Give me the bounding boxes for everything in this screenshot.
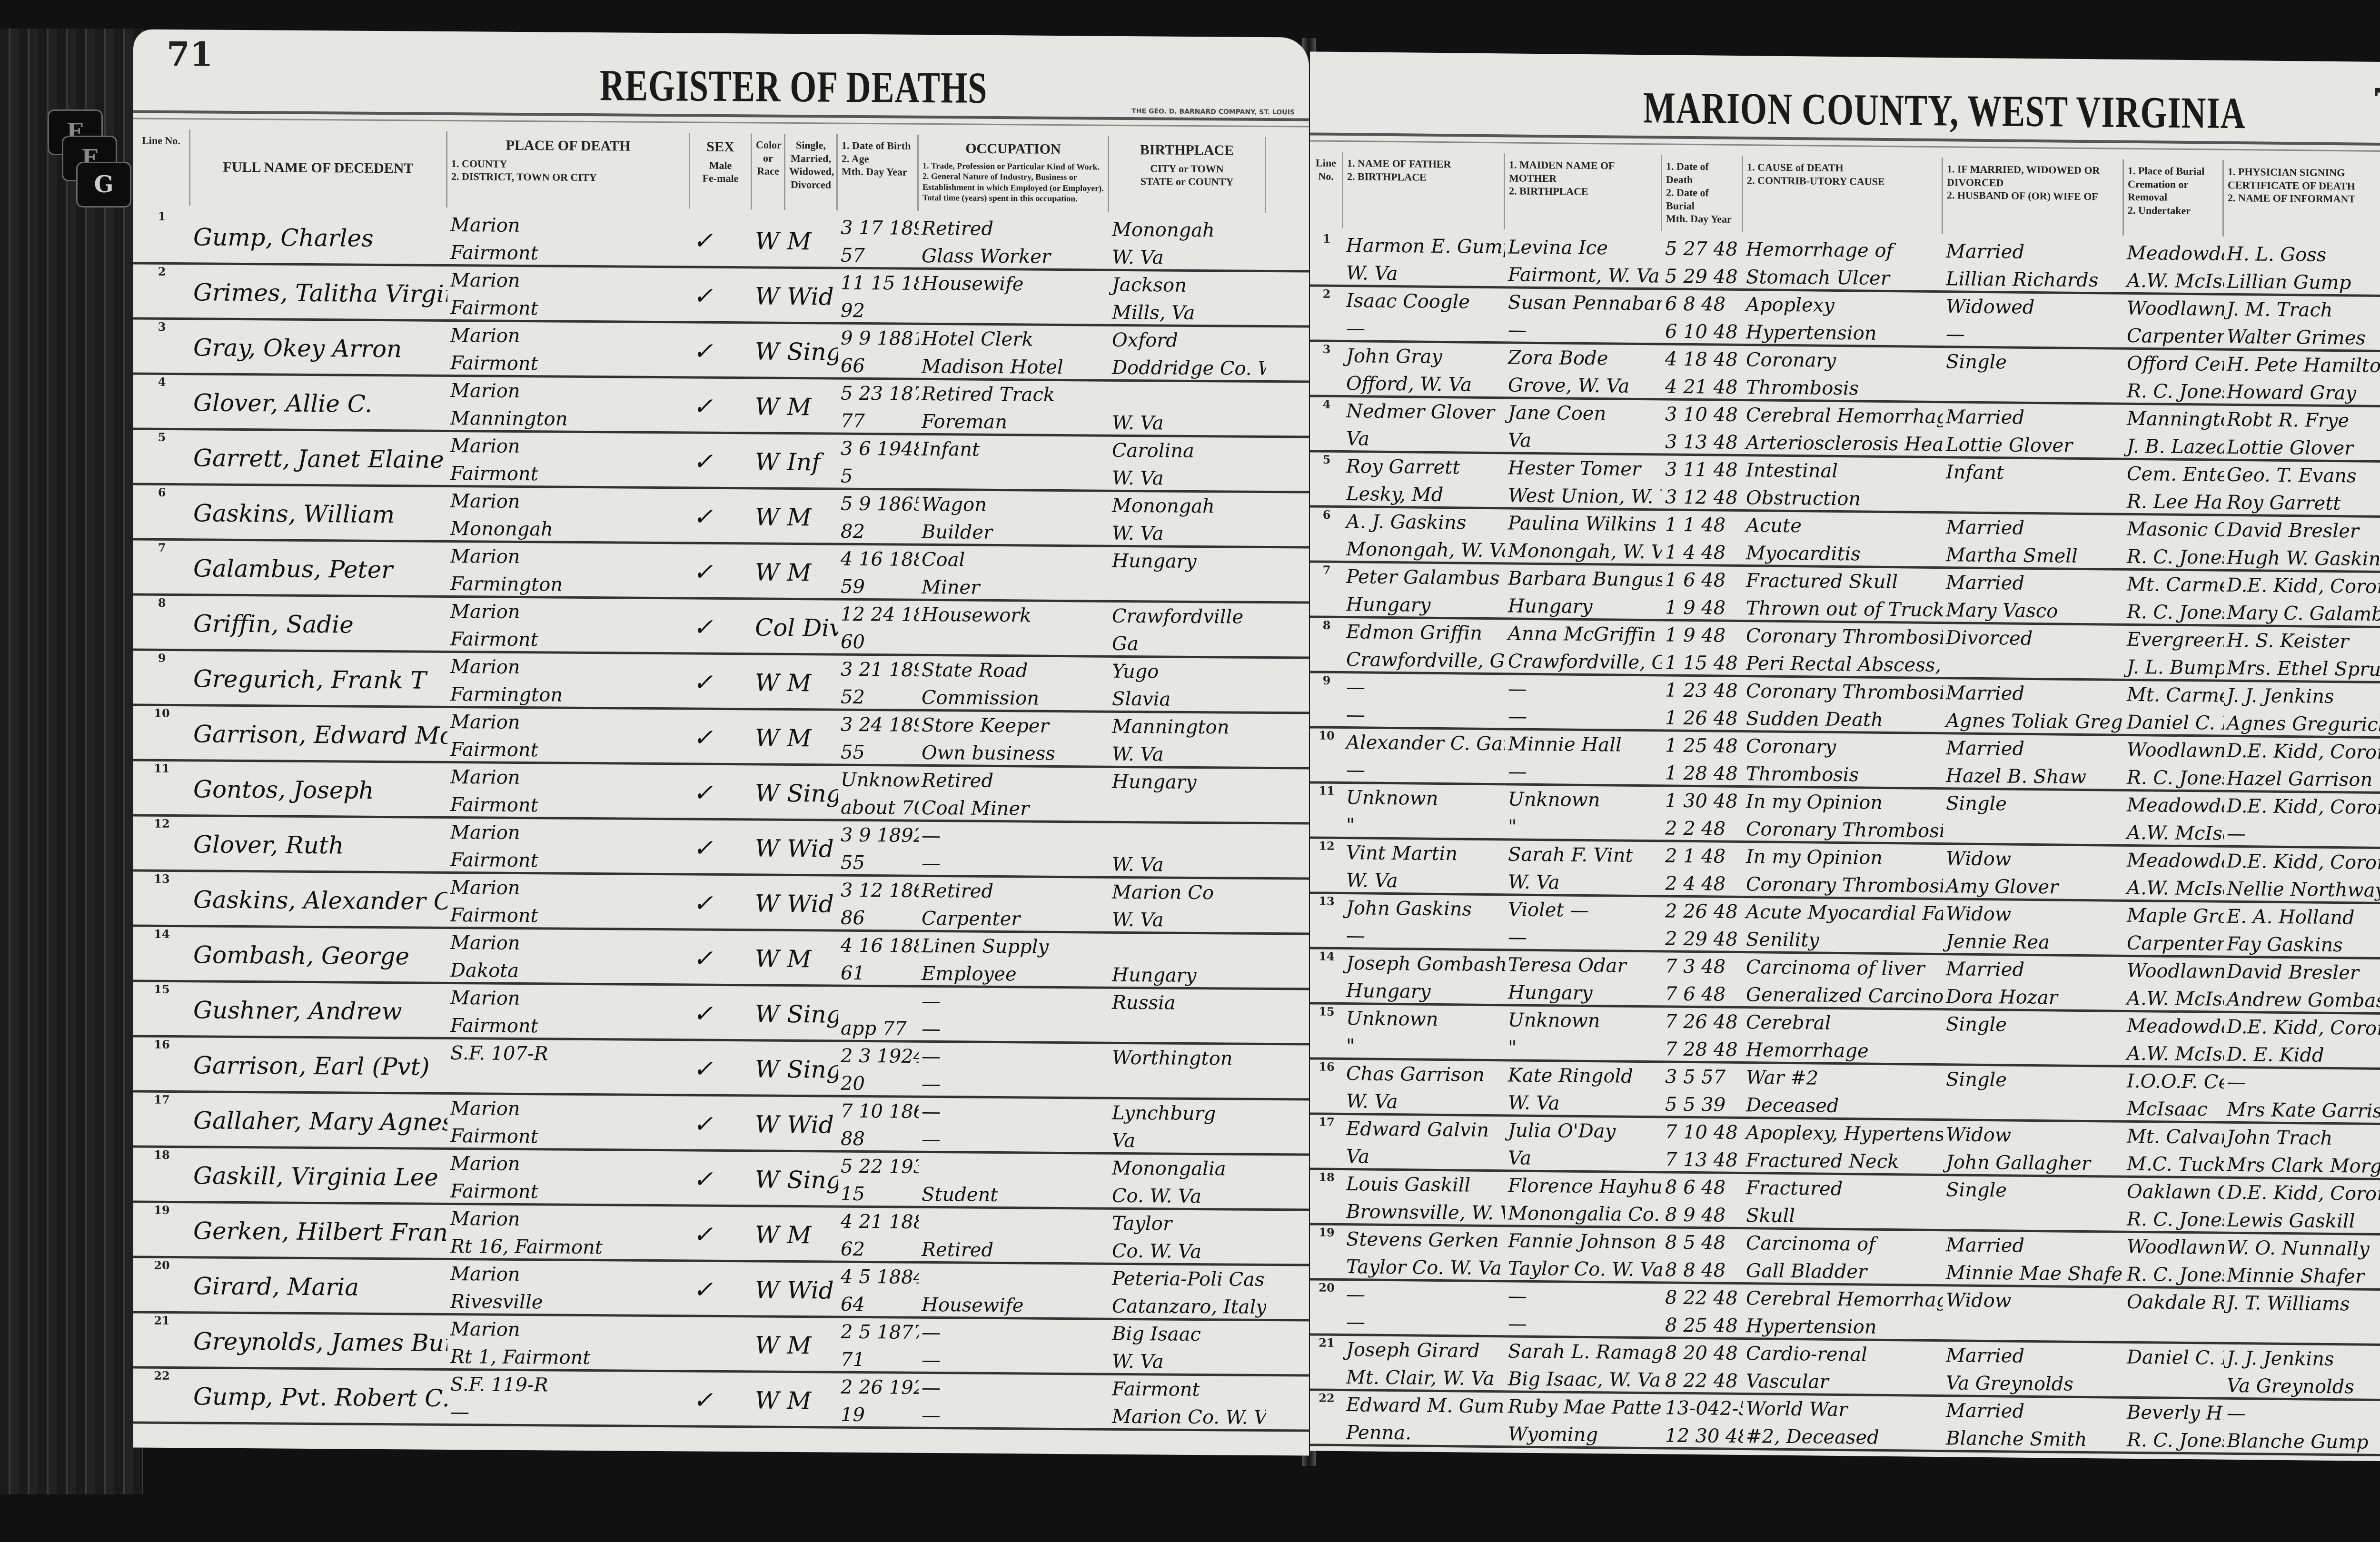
occupation-industry: Builder xyxy=(919,518,1109,547)
birthplace-city: Crawfordville xyxy=(1109,603,1266,631)
age: 5 xyxy=(838,463,919,491)
age: 92 xyxy=(838,297,919,325)
age: 77 xyxy=(838,407,919,435)
date-of-burial: 8 9 48 xyxy=(1662,1201,1743,1229)
marital-status: Married xyxy=(1943,514,2124,543)
birthplace-city: Marion Co xyxy=(1109,879,1266,907)
register-row: 5Garrett, Janet Elaine✓W InfMarion3 6 19… xyxy=(133,430,1309,493)
burial-place: Meadowdale xyxy=(2124,847,2224,875)
mother-maiden-name: — xyxy=(1505,675,1662,704)
occupation-industry: Retired xyxy=(919,1236,1109,1265)
marital-status: Married xyxy=(1943,237,2124,267)
contributory-cause: Vascular xyxy=(1743,1367,1943,1397)
birth-date: 2 3 1924 xyxy=(838,1042,919,1070)
date-of-death: 1 25 48 xyxy=(1662,731,1743,760)
county: Marion xyxy=(447,487,690,517)
birthplace-city: Russia xyxy=(1109,989,1266,1018)
cause-of-death: Cerebral Hemorrhage, Arteriosclerosis xyxy=(1743,401,1943,431)
physician: W. O. Nunnally xyxy=(2224,1234,2380,1263)
age: 64 xyxy=(838,1291,919,1319)
father-birthplace: W. Va xyxy=(1343,1087,1505,1117)
occupation-trade: — xyxy=(919,1098,1109,1127)
father-name: Edward Galvin xyxy=(1343,1115,1505,1144)
cause-of-death: World War xyxy=(1743,1395,1943,1424)
physician: D.E. Kidd, Coroner xyxy=(2224,572,2380,601)
birth-date: 4 16 1888 xyxy=(838,545,919,573)
spouse-name xyxy=(1943,376,2124,405)
contributory-cause: Fractured Neck xyxy=(1743,1147,1943,1176)
birthplace-state: Doddridge Co. W. Va xyxy=(1109,354,1266,383)
birth-date: 3 17 1891 xyxy=(838,214,919,242)
mother-maiden-name: Ruby Mae Patterson xyxy=(1505,1393,1662,1422)
marital-status: Married xyxy=(1943,569,2124,598)
county: Marion xyxy=(447,1095,690,1124)
undertaker: M.C. Tucker xyxy=(2124,1150,2224,1179)
spouse-name: Hazel B. Shaw xyxy=(1943,762,2124,791)
undertaker: R. C. Jones xyxy=(2124,1261,2224,1289)
birth-date: 5 22 1933 xyxy=(838,1153,919,1181)
birth-date: 4 16 1887 xyxy=(838,932,919,960)
register-row: 13Gaskins, Alexander Campbell✓W WidMario… xyxy=(133,871,1309,935)
birthplace-state xyxy=(1109,1072,1266,1100)
date-of-death: 7 26 48 xyxy=(1662,1008,1743,1036)
father-birthplace: Va xyxy=(1343,1143,1505,1172)
occupation-trade: — xyxy=(919,988,1109,1017)
age: 19 xyxy=(838,1401,919,1429)
mother-maiden-name: Unknown xyxy=(1505,785,1662,814)
father-birthplace: Hungary xyxy=(1343,977,1505,1006)
date-of-burial: 7 28 48 xyxy=(1662,1035,1743,1064)
burial-place: Meadowdale xyxy=(2124,239,2224,268)
informant: Mrs Clark Morgan xyxy=(2224,1151,2380,1180)
father-name: Joseph Gombash xyxy=(1343,949,1505,979)
mother-maiden-name: Hester Tomer xyxy=(1505,454,1662,483)
occupation-trade: Retired xyxy=(919,767,1109,796)
informant: Lillian Gump xyxy=(2224,268,2380,297)
occupation-trade: — xyxy=(919,822,1109,851)
town: Fairmont xyxy=(447,625,690,655)
col-marital: Single, Married, Widowed, Divorced xyxy=(785,134,838,210)
occupation-trade: Store Keeper xyxy=(919,712,1109,741)
informant: Mrs. Ethel Spruce xyxy=(2224,654,2380,683)
father-birthplace: Offord, W. Va xyxy=(1343,370,1505,399)
informant: Lottie Glover xyxy=(2224,434,2380,463)
marital-status: Single xyxy=(1943,790,2124,819)
date-of-burial: 2 29 48 xyxy=(1662,925,1743,953)
date-of-death: 1 1 48 xyxy=(1662,511,1743,539)
occupation-industry: — xyxy=(919,1126,1109,1155)
birth-date: 3 21 1896 xyxy=(838,656,919,684)
register-row: 16Garrison, Earl (Pvt)✓W SingS.F. 107-R2… xyxy=(133,1037,1309,1100)
col-mother: 1. MAIDEN NAME OF MOTHER 2. BIRTHPLACE xyxy=(1505,153,1662,231)
cause-of-death: Apoplexy xyxy=(1743,291,1943,320)
town: Rt 16, Fairmont xyxy=(447,1233,690,1262)
mother-maiden-name: Minnie Hall xyxy=(1505,730,1662,759)
father-birthplace: Lesky, Md xyxy=(1343,480,1505,509)
left-rows: 1Gump, Charles✓W MMarion3 17 1891Retired… xyxy=(133,209,1309,1432)
birthplace-state xyxy=(1109,1017,1266,1045)
occupation-trade: Coal xyxy=(919,546,1109,575)
age: 60 xyxy=(838,628,919,656)
town: Fairmont xyxy=(447,1122,690,1152)
birthplace-state: W. Va xyxy=(1109,906,1266,935)
occupation-trade: Housework xyxy=(919,601,1109,630)
occupation-trade: Housewife xyxy=(919,270,1109,299)
physician: David Bresler xyxy=(2224,958,2380,987)
date-of-death: 2 26 48 xyxy=(1662,897,1743,926)
informant: Howard Gray xyxy=(2224,378,2380,407)
mother-maiden-name: Jane Coen xyxy=(1505,399,1662,428)
burial-place: Meadowdale xyxy=(2124,1012,2224,1041)
register-row: 7Galambus, Peter✓W MMarion4 16 1888CoalH… xyxy=(133,540,1309,603)
marital-status: Widow xyxy=(1943,845,2124,874)
mother-birthplace: — xyxy=(1505,316,1662,345)
birth-date: 2 26 1926 xyxy=(838,1374,919,1402)
undertaker: R. Lee Harr xyxy=(2124,488,2224,516)
birthplace-city: Hungary xyxy=(1109,547,1266,576)
age: 59 xyxy=(838,573,919,601)
undertaker: Carpenter & Ford xyxy=(2124,929,2224,958)
mother-maiden-name: Sarah F. Vint xyxy=(1505,840,1662,870)
undertaker: A.W. McIsaac xyxy=(2124,874,2224,903)
marital-status: Widowed xyxy=(1943,293,2124,322)
town: Rt 1, Fairmont xyxy=(447,1343,690,1373)
burial-place: Daniel C. Ross Wolf Cem. near Quiet Dell… xyxy=(2124,1344,2224,1372)
undertaker: Daniel C. Ross xyxy=(2124,709,2224,737)
contributory-cause: Arteriosclerosis Heart Disease xyxy=(1743,429,1943,458)
register-row: 15Gushner, Andrew✓W SingMarion—RussiaFai… xyxy=(133,982,1309,1045)
marital-status: Single xyxy=(1943,348,2124,377)
burial-place: Maple Grove xyxy=(2124,902,2224,930)
occupation-industry xyxy=(919,463,1109,492)
marital-status: Single xyxy=(1943,1010,2124,1040)
cause-of-death: Coronary xyxy=(1743,732,1943,762)
birthplace-state: Co. W. Va xyxy=(1109,1182,1266,1211)
date-of-burial: 7 13 48 xyxy=(1662,1146,1743,1174)
occupation-industry: — xyxy=(919,1346,1109,1375)
occupation-industry: Miner xyxy=(919,573,1109,603)
index-tab-g[interactable]: G xyxy=(76,162,131,208)
date-of-death: 7 10 48 xyxy=(1662,1118,1743,1147)
col-burial: 1. Place of Burial Cremation or Removal … xyxy=(2124,159,2224,237)
burial-place: Mt. Calvary xyxy=(2124,1123,2224,1151)
birth-date: 3 24 1893 xyxy=(838,711,919,739)
col-color: Color or Race xyxy=(752,133,785,209)
informant xyxy=(2224,1317,2380,1346)
birth-date: 3 6 1948 xyxy=(838,435,919,463)
contributory-cause: Senility xyxy=(1743,926,1943,955)
burial-place: Mannington Cem. xyxy=(2124,405,2224,434)
town: Monongah xyxy=(447,515,690,544)
physician: D.E. Kidd, Coroner xyxy=(2224,737,2380,766)
county: Marion xyxy=(447,708,690,738)
date-of-death: 8 6 48 xyxy=(1662,1173,1743,1202)
father-name: Unknown xyxy=(1343,1005,1505,1034)
occupation-industry: Commission xyxy=(919,684,1109,713)
father-birthplace: Monongah, W. Va xyxy=(1343,535,1505,564)
informant: Mrs Kate Garrison xyxy=(2224,1096,2380,1125)
marital-status: Married xyxy=(1943,1397,2124,1426)
marital-status: Divorced xyxy=(1943,624,2124,653)
spouse-name xyxy=(1943,1038,2124,1068)
register-row: 8Griffin, Sadie✓Col DivMarion12 24 1887H… xyxy=(133,595,1309,659)
burial-place: Cem. Enterprise, W. Va xyxy=(2124,460,2224,489)
birthplace-state: Va xyxy=(1109,1127,1266,1156)
occupation-industry: Employee xyxy=(919,960,1109,989)
mother-maiden-name: Florence Hayhurst xyxy=(1505,1172,1662,1201)
age: about 70 xyxy=(838,794,919,822)
town: Fairmont xyxy=(447,460,690,489)
birthplace-state: Co. W. Va xyxy=(1109,1237,1266,1266)
date-of-death: 3 11 48 xyxy=(1662,455,1743,484)
birthplace-city: Big Isaac xyxy=(1109,1320,1266,1349)
col-birthplace: BIRTHPLACE CITY or TOWN STATE or COUNTY xyxy=(1109,136,1266,213)
occupation-trade: — xyxy=(919,1043,1109,1072)
mother-birthplace: Va xyxy=(1505,1144,1662,1173)
burial-place: Oaklawn Cem. xyxy=(2124,1178,2224,1206)
spouse-name: Jennie Rea xyxy=(1943,928,2124,957)
cause-of-death: Cerebral xyxy=(1743,1008,1943,1038)
burial-place: Mt. Carmel xyxy=(2124,571,2224,599)
marital-status: Single xyxy=(1943,1066,2124,1095)
county: Marion xyxy=(447,819,690,848)
occupation-industry: Student xyxy=(919,1181,1109,1210)
spouse-name: — xyxy=(1943,320,2124,350)
undertaker: R. C. Jones xyxy=(2124,543,2224,572)
register-row: 3Gray, Okey Arron✓W SingMarion9 9 1881Ho… xyxy=(133,319,1309,383)
date-of-burial: 2 4 48 xyxy=(1662,870,1743,898)
occupation-trade: — xyxy=(919,1374,1109,1403)
burial-place: Woodlawn xyxy=(2124,295,2224,323)
register-row: 20Girard, Maria✓W WidMarion4 5 1884Peter… xyxy=(133,1258,1309,1321)
county: Marion xyxy=(447,874,690,903)
occupation-industry: Coal Miner xyxy=(919,794,1109,823)
mother-birthplace: Fairmont, W. Va xyxy=(1505,261,1662,290)
informant: Fay Gaskins xyxy=(2224,930,2380,959)
burial-place: I.O.O.F. Cem. Enterprise xyxy=(2124,1068,2224,1096)
marital-status: Married xyxy=(1943,955,2124,985)
spouse-name: Dora Hozar xyxy=(1943,983,2124,1012)
date-of-burial: 1 15 48 xyxy=(1662,649,1743,677)
date-of-death: 13-042-582 xyxy=(1662,1394,1743,1423)
father-birthplace: Mt. Clair, W. Va xyxy=(1343,1364,1505,1393)
town: Farmington xyxy=(447,570,690,600)
county: Marion xyxy=(447,653,690,682)
occupation-industry: — xyxy=(919,1015,1109,1044)
mother-birthplace: Monongalia Co. W. Va xyxy=(1505,1199,1662,1228)
undertaker: A.W. McIsaac xyxy=(2124,819,2224,848)
date-of-burial: 1 9 48 xyxy=(1662,593,1743,622)
marital-status: Married xyxy=(1943,1231,2124,1261)
spouse-name: Lillian Richards xyxy=(1943,265,2124,295)
occupation-industry xyxy=(919,297,1109,326)
birthplace-city: Carolina xyxy=(1109,437,1266,465)
birthplace-state: W. Va xyxy=(1109,851,1266,880)
birth-date: 12 24 1887 xyxy=(838,601,919,629)
contributory-cause: Coronary Thrombosis xyxy=(1743,815,1943,845)
informant: Roy Garrett xyxy=(2224,489,2380,518)
spouse-name xyxy=(1943,1093,2124,1123)
mother-maiden-name: Paulina Wilkins xyxy=(1505,509,1662,538)
burial-place: Woodlawn xyxy=(2124,1233,2224,1262)
father-name: A. J. Gaskins xyxy=(1343,508,1505,537)
occupation-industry: Glass Worker xyxy=(919,242,1109,271)
occupation-industry: — xyxy=(919,1070,1109,1099)
burial-place: Evergreen xyxy=(2124,626,2224,654)
county: Marion xyxy=(447,322,690,351)
date-of-death: 8 20 48 xyxy=(1662,1339,1743,1367)
father-name: Joseph Girard xyxy=(1343,1336,1505,1365)
birthplace-city: Yugo xyxy=(1109,658,1266,686)
register-row: 19Gerken, Hilbert Franklin✓W MMarion4 21… xyxy=(133,1203,1309,1266)
burial-place: Woodlawn xyxy=(2124,957,2224,986)
birthplace-city: Worthington xyxy=(1109,1044,1266,1073)
county: Marion xyxy=(447,1315,690,1345)
informant: Blanche Gump xyxy=(2224,1427,2380,1456)
contributory-cause: #2, Deceased xyxy=(1743,1423,1943,1452)
page-number: 71 xyxy=(167,34,213,74)
spouse-name: Minnie Mae Shafer xyxy=(1943,1259,2124,1288)
undertaker: R. C. Jones xyxy=(2124,1206,2224,1234)
mother-birthplace: Big Isaac, W. Va xyxy=(1505,1365,1662,1394)
father-birthplace: Brownsville, W. Va xyxy=(1343,1198,1505,1227)
age: 86 xyxy=(838,904,919,932)
spouse-name xyxy=(1943,1314,2124,1344)
birthplace-state: W. Va xyxy=(1109,520,1266,548)
town: Fairmont xyxy=(447,1177,690,1207)
occupation-trade: — xyxy=(919,1319,1109,1348)
spouse-name: Blanche Smith xyxy=(1943,1424,2124,1454)
date-of-death: 4 18 48 xyxy=(1662,345,1743,374)
mother-maiden-name: Anna McGriffin xyxy=(1505,620,1662,649)
col-death-burial: 1. Date of Death 2. Date of Burial Mth. … xyxy=(1662,155,1743,232)
birth-date: 4 21 1886 xyxy=(838,1208,919,1236)
undertaker: J. L. Bumpkin xyxy=(2124,653,2224,682)
age: 55 xyxy=(838,739,919,767)
father-name: — xyxy=(1343,673,1505,702)
burial-place: Oakdale Riverville xyxy=(2124,1288,2224,1317)
mother-maiden-name: Kate Ringold xyxy=(1505,1061,1662,1090)
printer-mark: THE GEO. D. BARNARD COMPANY, ST. LOUIS xyxy=(1131,108,1295,116)
cause-of-death: Apoplexy, Hypertension, Heart disease xyxy=(1743,1119,1943,1148)
col-birth-age: 1. Date of Birth 2. Age Mth. Day Year xyxy=(838,134,919,211)
town: Dakota xyxy=(447,957,690,986)
date-of-burial: 12 30 48 xyxy=(1662,1422,1743,1450)
date-of-burial: 3 13 48 xyxy=(1662,428,1743,456)
contributory-cause: Coronary Thrombosis xyxy=(1743,870,1943,900)
age: 61 xyxy=(838,959,919,988)
contributory-cause: Hemorrhage xyxy=(1743,1036,1943,1066)
birthplace-city xyxy=(1109,382,1266,410)
occupation-industry: Foreman xyxy=(919,408,1109,437)
father-birthplace: Taylor Co. W. Va xyxy=(1343,1253,1505,1282)
town xyxy=(447,1067,690,1097)
father-birthplace: Va xyxy=(1343,425,1505,454)
informant: Lewis Gaskill xyxy=(2224,1206,2380,1236)
occupation-trade xyxy=(919,1264,1109,1293)
father-name: John Gaskins xyxy=(1343,894,1505,923)
spouse-name: Martha Smell xyxy=(1943,541,2124,571)
town: — xyxy=(447,1398,690,1428)
informant: Va Greynolds xyxy=(2224,1372,2380,1401)
mother-maiden-name: Barbara Bungus xyxy=(1505,564,1662,593)
mother-birthplace: — xyxy=(1505,702,1662,731)
occupation-trade xyxy=(919,1208,1109,1237)
date-of-death: 5 27 48 xyxy=(1662,235,1743,263)
physician: J. J. Jenkins xyxy=(2224,1344,2380,1374)
register-row-right: 22Edward M. GumpRuby Mae Patterson13-042… xyxy=(1310,1391,2380,1457)
birthplace-city xyxy=(1109,823,1266,852)
occupation-industry: Own business xyxy=(919,739,1109,768)
town: Farmington xyxy=(447,681,690,710)
register-row: 11Gontos, Joseph✓W SingMarionUnknownReti… xyxy=(133,761,1309,824)
county: Marion xyxy=(447,543,690,572)
undertaker xyxy=(2124,1371,2224,1400)
age: 62 xyxy=(838,1236,919,1264)
occupation-industry: — xyxy=(919,1402,1109,1431)
informant: Hazel Garrison xyxy=(2224,765,2380,794)
physician: H. L. Goss xyxy=(2224,240,2380,269)
undertaker: A.W. McIsaac xyxy=(2124,267,2224,296)
contributory-cause: Deceased xyxy=(1743,1091,1943,1121)
informant: Hugh W. Gaskins xyxy=(2224,544,2380,573)
mother-birthplace: Taylor Co. W. Va xyxy=(1505,1255,1662,1284)
father-name: — xyxy=(1343,1281,1505,1310)
date-of-burial: 2 2 48 xyxy=(1662,814,1743,843)
cause-of-death: Acute xyxy=(1743,512,1943,541)
mother-maiden-name: Julia O'Day xyxy=(1505,1117,1662,1146)
spouse-name xyxy=(1943,817,2124,847)
occupation-trade: Wagon xyxy=(919,491,1109,520)
col-occupation: OCCUPATION 1. Trade, Profession or Parti… xyxy=(919,135,1109,212)
contributory-cause: Obstruction xyxy=(1743,484,1943,514)
page-number-right: 71 xyxy=(2373,81,2380,121)
mother-maiden-name: Susan Pennabarger xyxy=(1505,288,1662,317)
birthplace-city: Mannington xyxy=(1109,713,1266,741)
spouse-name xyxy=(1943,1204,2124,1233)
spouse-name: Lottie Glover xyxy=(1943,431,2124,460)
town: Fairmont xyxy=(447,736,690,765)
mother-maiden-name: — xyxy=(1505,1282,1662,1311)
marital-status: Widow xyxy=(1943,900,2124,929)
occupation-trade: Infant xyxy=(919,435,1109,465)
register-row: 6Gaskins, William✓W MMarion5 9 1865Wagon… xyxy=(133,485,1309,548)
physician: David Bresler xyxy=(2224,516,2380,545)
physician: John Trach xyxy=(2224,1124,2380,1153)
mother-birthplace: Va xyxy=(1505,426,1662,455)
date-of-burial: 8 22 48 xyxy=(1662,1366,1743,1395)
contributory-cause: Thrombosis xyxy=(1743,374,1943,403)
occupation-industry: Carpenter xyxy=(919,905,1109,934)
date-of-burial: 1 4 48 xyxy=(1662,538,1743,567)
age: 52 xyxy=(838,683,919,712)
father-birthplace: " xyxy=(1343,1032,1505,1061)
father-birthplace: — xyxy=(1343,1308,1505,1337)
mother-birthplace: — xyxy=(1505,923,1662,952)
marital-status: Married xyxy=(1943,403,2124,433)
town: Fairmont xyxy=(447,1012,690,1041)
birthplace-city: Fairmont xyxy=(1109,1375,1266,1404)
birthplace-city xyxy=(1109,934,1266,962)
mother-maiden-name: Teresa Odar xyxy=(1505,951,1662,980)
col-father: 1. NAME OF FATHER 2. BIRTHPLACE xyxy=(1343,152,1505,229)
spouse-name: Va Greynolds xyxy=(1943,1369,2124,1399)
marital-status: Widow xyxy=(1943,1121,2124,1150)
col-place-of-death: PLACE OF DEATH 1. COUNTY 2. DISTRICT, TO… xyxy=(447,131,690,209)
birthplace-state: W. Va xyxy=(1109,465,1266,493)
date-of-burial: 5 5 39 xyxy=(1662,1090,1743,1119)
physician: D.E. Kidd, Coroner xyxy=(2224,792,2380,821)
